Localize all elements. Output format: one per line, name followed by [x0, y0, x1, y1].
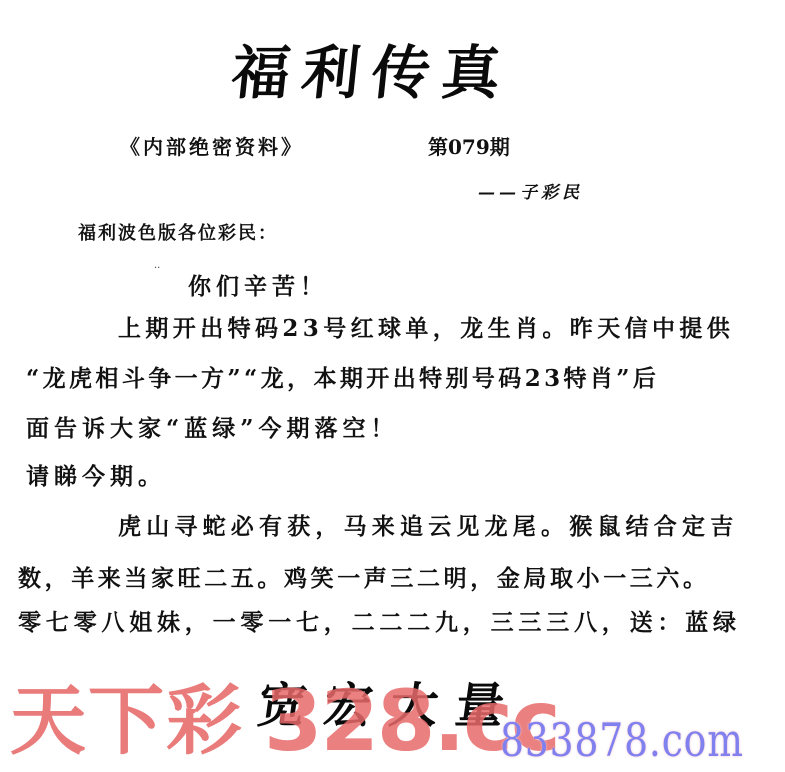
- decorative-dots: ··: [154, 262, 160, 276]
- greeting: 你们辛苦！: [188, 270, 328, 304]
- body-line: 零七零八姐妹，一零一七，二二二九，三三三八，送：蓝绿: [18, 606, 741, 640]
- document-subtitle: 《内部绝密资料》: [120, 132, 304, 162]
- body-line: 请睇今期。: [26, 460, 166, 494]
- body-line: 数，羊来当家旺二五。鸡笑一声三二明，金局取小一三六。: [18, 562, 710, 596]
- body-line: 上期开出特码23号红球单，龙生肖。昨天信中提供: [118, 312, 734, 346]
- body-line: 虎山寻蛇必有获，马来追云见龙尾。猴鼠结合定吉: [118, 510, 738, 544]
- watermark-right: 833878.com: [500, 712, 744, 768]
- salutation: 福利波色版各位彩民：: [78, 220, 278, 248]
- watermark-left: 天下彩: [10, 676, 244, 766]
- document-title: 福利传真: [228, 38, 515, 108]
- body-line: 面告诉大家“蓝绿”今期落空！: [26, 412, 398, 446]
- body-line: “龙虎相斗争一方”“龙，本期开出特别号码23特肖”后: [26, 362, 659, 396]
- author-signature: ——子彩民: [478, 180, 583, 206]
- issue-number: 第079期: [428, 132, 510, 162]
